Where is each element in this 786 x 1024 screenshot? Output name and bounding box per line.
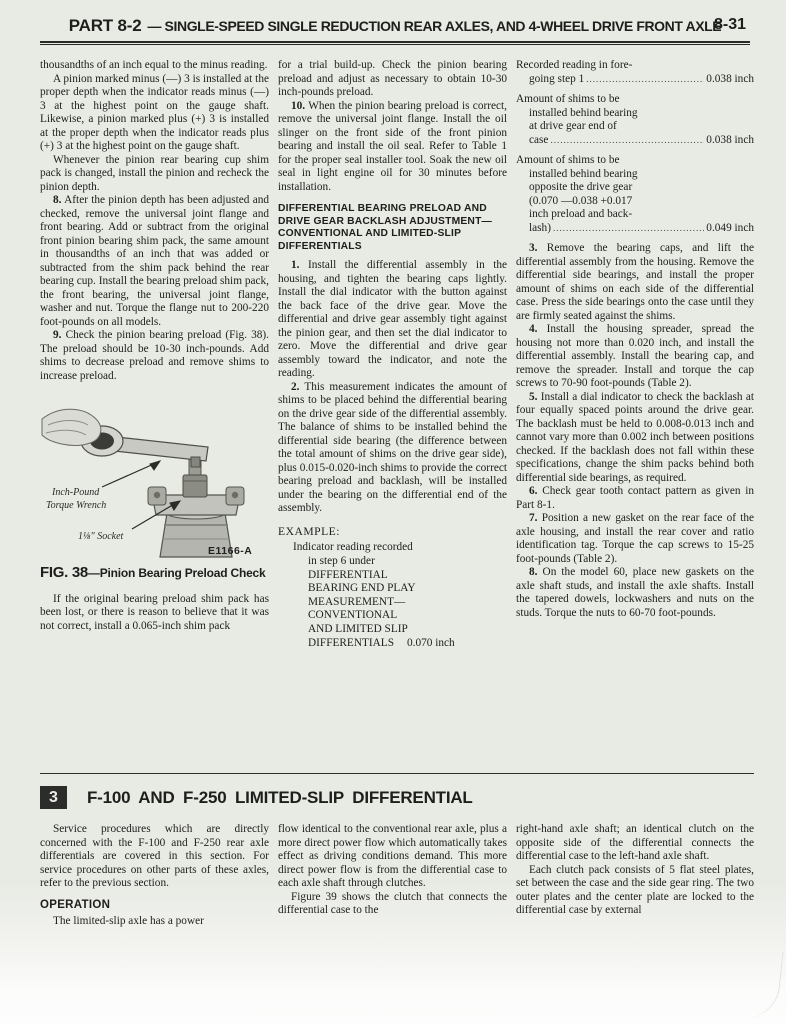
figure-label-socket: 1⅛" Socket [78, 531, 124, 542]
page-header: PART 8-2— SINGLE-SPEED SINGLE REDUCTION … [0, 0, 786, 36]
paragraph: If the original bearing preload shim pac… [40, 593, 269, 634]
paragraph: Each clutch pack consists of 5 flat stee… [516, 864, 754, 918]
step-number: 4. [529, 323, 537, 335]
example-value: 0.070 inch [407, 637, 455, 649]
reading-leader-line: case0.038 inch [516, 134, 754, 148]
header-rule [40, 41, 750, 45]
column-middle: for a trial build-up. Check the pinion b… [278, 59, 507, 771]
paragraph: Figure 39 shows the clutch that connects… [278, 891, 507, 918]
operation-heading: OPERATION [40, 899, 269, 913]
page-curl-shadow [741, 948, 783, 1021]
paragraph: flow identical to the conventional rear … [278, 823, 507, 891]
paragraph-text: right-hand axle shaft; an identical clut… [516, 823, 754, 862]
reading-entry: Amount of shims to be installed behind b… [516, 93, 754, 147]
paragraph: Whenever the pinion rear bearing cup shi… [40, 154, 269, 195]
paragraph-text: If the original bearing preload shim pac… [40, 593, 269, 632]
column-right: Recorded reading in fore- going step 10.… [516, 59, 754, 771]
paragraph: The limited-slip axle has a power [40, 915, 269, 929]
paragraph-text: Remove the bearing caps, and lift the di… [516, 242, 754, 322]
column-left: thousandths of an inch equal to the minu… [40, 59, 269, 771]
section-heading: 3 F-100 AND F-250 LIMITED-SLIP DIFFERENT… [0, 774, 786, 809]
reading-text: Recorded reading in fore- [516, 59, 754, 73]
example-line: DIFFERENTIAL [278, 569, 507, 583]
paragraph-text: Service procedures which are directly co… [40, 823, 269, 889]
step-number: 9. [53, 329, 61, 341]
figure-label-torque-wrench-line1: Inch-Pound [51, 487, 100, 498]
step-number: 8. [529, 566, 537, 578]
section-column-middle: flow identical to the conventional rear … [278, 823, 507, 929]
example-line: CONVENTIONAL [278, 609, 507, 623]
example-line: MEASUREMENT— [278, 596, 507, 610]
reading-entry: Recorded reading in fore- going step 10.… [516, 59, 754, 86]
figure-number: FIG. 38 [40, 564, 88, 581]
figure-caption: FIG. 38—Pinion Bearing Preload Check [40, 566, 269, 581]
dots-leader [553, 222, 704, 236]
paragraph-text: thousandths of an inch equal to the minu… [40, 59, 267, 71]
part-number: PART 8-2 [69, 16, 142, 35]
paragraph-text: flow identical to the conventional rear … [278, 823, 507, 889]
paragraph: for a trial build-up. Check the pinion b… [278, 59, 507, 100]
paragraph-step-6: 6. Check gear tooth contact pattern as g… [516, 485, 754, 512]
main-columns: thousandths of an inch equal to the minu… [0, 59, 786, 771]
reading-leader-line: lash)0.049 inch [516, 222, 754, 236]
reading-entry: Amount of shims to be installed behind b… [516, 154, 754, 235]
step-number: 2. [291, 381, 299, 393]
step-number: 10. [291, 100, 305, 112]
paragraph-step-8b: 8. On the model 60, place new gaskets on… [516, 566, 754, 620]
step-number: 1. [291, 259, 299, 271]
figure-code: E1166-A [208, 545, 252, 557]
paragraph-text: When the pinion bearing preload is corre… [278, 100, 507, 193]
step-number: 7. [529, 512, 537, 524]
example-line: in step 6 under [278, 555, 507, 569]
paragraph-text: Install the differential assembly in the… [278, 259, 507, 379]
paragraph-step-1: 1. Install the differential assembly in … [278, 259, 507, 381]
step-number: 6. [529, 485, 537, 497]
hand-drawing [42, 409, 101, 445]
paragraph-text: Whenever the pinion rear bearing cup shi… [40, 154, 269, 193]
figure-38: Inch-Pound Torque Wrench 1⅛" Socket E116… [40, 391, 269, 581]
section-column-left: Service procedures which are directly co… [40, 823, 269, 929]
reading-value: 0.049 inch [706, 222, 754, 236]
dots-leader [586, 73, 704, 87]
manual-page: PART 8-2— SINGLE-SPEED SINGLE REDUCTION … [0, 0, 786, 1024]
example-block: Indicator reading recorded in step 6 und… [278, 541, 507, 650]
reading-value: 0.038 inch [706, 73, 754, 87]
dots-leader [550, 134, 704, 148]
reading-text: Amount of shims to be installed behind b… [516, 93, 754, 134]
paragraph-step-7: 7. Position a new gasket on the rear fac… [516, 512, 754, 566]
section-title: F-100 AND F-250 LIMITED-SLIP DIFFERENTIA… [87, 788, 473, 808]
paragraph-step-9: 9. Check the pinion bearing preload (Fig… [40, 329, 269, 383]
example-label: EXAMPLE: [278, 525, 507, 539]
paragraph-step-4: 4. Install the housing spreader, spread … [516, 323, 754, 391]
paragraph-step-5: 5. Install a dial indicator to check the… [516, 391, 754, 486]
reading-text: going step 1 [529, 73, 584, 87]
paragraph-step-8: 8. After the pinion depth has been adjus… [40, 194, 269, 329]
header-title: — SINGLE-SPEED SINGLE REDUCTION REAR AXL… [147, 18, 721, 34]
paragraph-text: On the model 60, place new gaskets on th… [516, 566, 754, 619]
step-number: 3. [529, 242, 537, 254]
section-column-right: right-hand axle shaft; an identical clut… [516, 823, 754, 929]
reading-text: case [529, 134, 548, 148]
paragraph-step-3: 3. Remove the bearing caps, and lift the… [516, 242, 754, 323]
reading-leader-line: going step 10.038 inch [516, 73, 754, 87]
paragraph-text: Figure 39 shows the clutch that connects… [278, 891, 507, 917]
step-number: 8. [53, 194, 61, 206]
reading-text: lash) [529, 222, 551, 236]
section-columns: Service procedures which are directly co… [0, 823, 786, 929]
reading-value: 0.038 inch [706, 134, 754, 148]
paragraph-text: This measurement indicates the amount of… [278, 381, 507, 515]
paragraph-text: After the pinion depth has been adjusted… [40, 194, 269, 328]
page-number: 8-31 [714, 16, 746, 34]
example-line: Indicator reading recorded [278, 541, 507, 555]
figure-illustration: Inch-Pound Torque Wrench 1⅛" Socket E116… [40, 391, 269, 559]
paragraph-text: Each clutch pack consists of 5 flat stee… [516, 864, 754, 917]
paragraph-text: Install a dial indicator to check the ba… [516, 391, 754, 484]
section-number-badge: 3 [40, 786, 67, 809]
paragraph-text: Check the pinion bearing preload (Fig. 3… [40, 329, 269, 382]
paragraph-text: The limited-slip axle has a power [53, 915, 204, 927]
step-number: 5. [529, 391, 537, 403]
paragraph-step-2: 2. This measurement indicates the amount… [278, 381, 507, 516]
differential-preload-heading: DIFFERENTIAL BEARING PRELOAD AND DRIVE G… [278, 203, 507, 253]
example-line: BEARING END PLAY [278, 582, 507, 596]
example-line: AND LIMITED SLIP [278, 623, 507, 637]
paragraph-text: for a trial build-up. Check the pinion b… [278, 59, 507, 98]
paragraph: A pinion marked minus (—) 3 is installed… [40, 73, 269, 154]
paragraph: thousandths of an inch equal to the minu… [40, 59, 269, 73]
paragraph-text: Install the housing spreader, spread the… [516, 323, 754, 389]
paragraph-step-10: 10. When the pinion bearing preload is c… [278, 100, 507, 195]
figure-caption-text: —Pinion Bearing Preload Check [88, 566, 266, 580]
example-line: DIFFERENTIALS [308, 637, 394, 649]
example-result-line: DIFFERENTIALS0.070 inch [278, 637, 507, 651]
figure-label-torque-wrench-line2: Torque Wrench [46, 500, 106, 511]
paragraph-text: Position a new gasket on the rear face o… [516, 512, 754, 565]
paragraph: Service procedures which are directly co… [40, 823, 269, 891]
paragraph-text: Check gear tooth contact pattern as give… [516, 485, 754, 511]
paragraph: right-hand axle shaft; an identical clut… [516, 823, 754, 864]
reading-text: Amount of shims to be installed behind b… [516, 154, 754, 222]
paragraph-text: A pinion marked minus (—) 3 is installed… [40, 73, 269, 153]
